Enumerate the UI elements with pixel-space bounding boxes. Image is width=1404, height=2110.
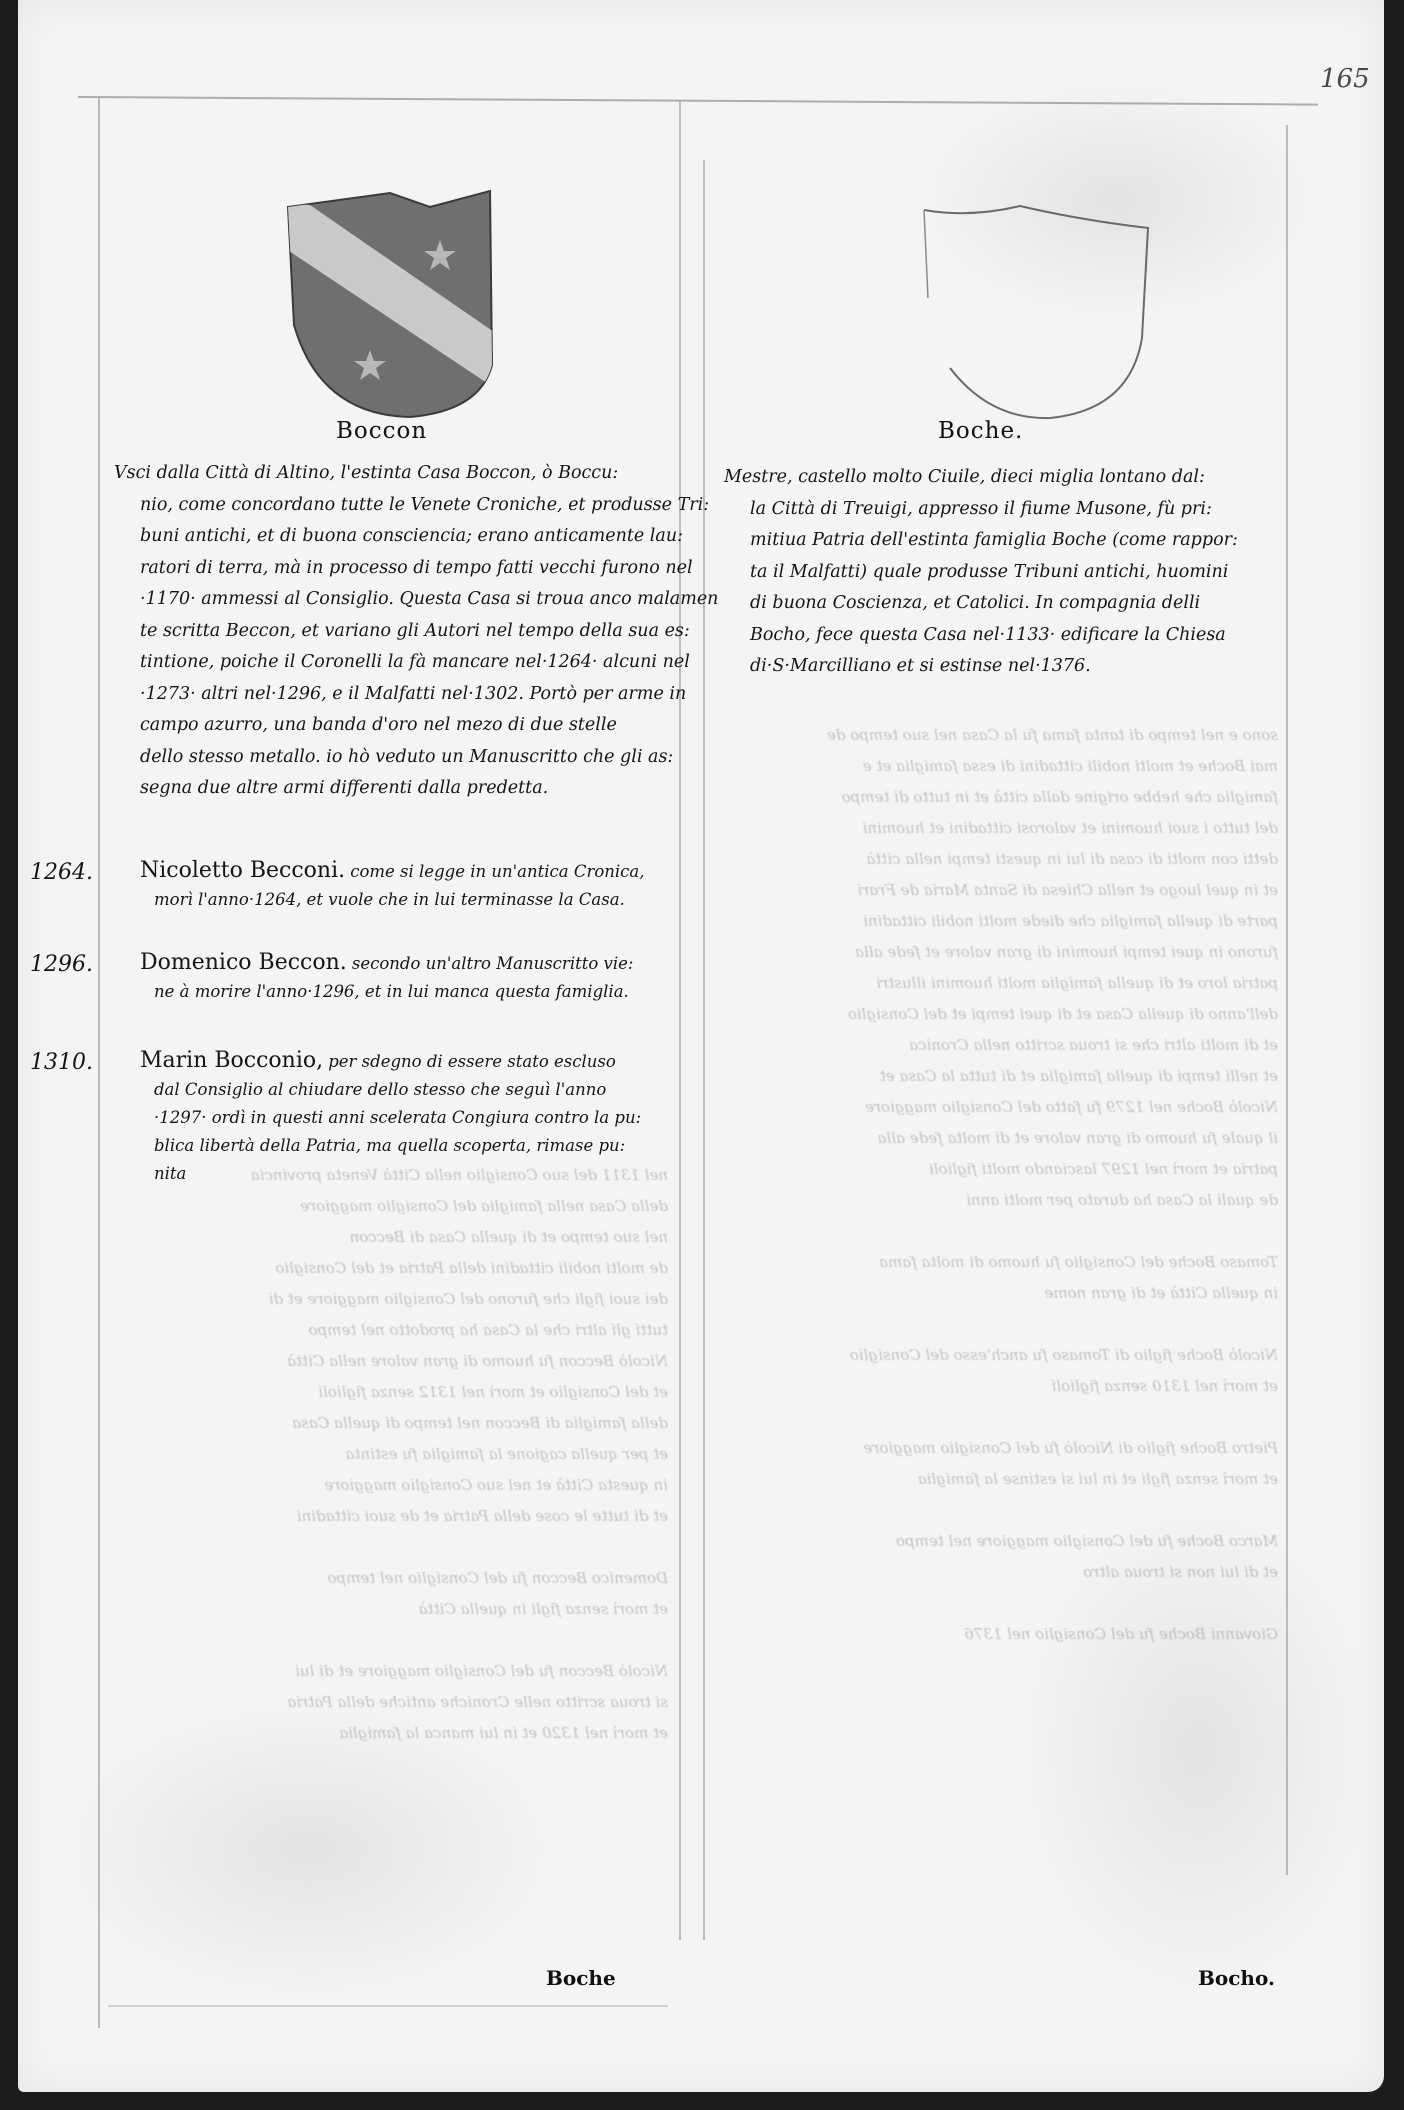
coat-of-arms-boccon bbox=[280, 185, 500, 429]
coat-of-arms-boche bbox=[910, 188, 1150, 432]
text-line: campo azurro, una banda d'oro nel mezo d… bbox=[114, 710, 674, 742]
entry-text: blica libertà della Patria, ma quella sc… bbox=[140, 1136, 625, 1155]
entry-text: ·1297· ordì in questi anni scelerata Con… bbox=[140, 1108, 641, 1127]
top-ruling-line bbox=[78, 96, 1318, 106]
column-divider-right bbox=[703, 160, 705, 1940]
entry-year: 1264. bbox=[30, 860, 93, 885]
description-boccon: Vsci dalla Città di Altino, l'estinta Ca… bbox=[114, 458, 674, 805]
family-name-boccon: Boccon bbox=[336, 418, 427, 444]
entry-text: ne à morire l'anno·1296, et in lui manca… bbox=[140, 982, 629, 1001]
text-line: buni antichi, et di buona consciencia; e… bbox=[114, 521, 674, 553]
text-line: nio, come concordano tutte le Venete Cro… bbox=[114, 490, 674, 522]
text-line: mitiua Patria dell'estinta famiglia Boch… bbox=[724, 525, 1284, 557]
entry-text: morì l'anno·1264, et vuole che in lui te… bbox=[140, 890, 625, 909]
right-margin-line bbox=[1286, 125, 1288, 1875]
entry-name: Marin Bocconio, bbox=[140, 1048, 323, 1073]
catchword-right: Bocho. bbox=[1198, 1966, 1275, 1990]
entry-text: per sdegno di essere stato escluso bbox=[328, 1052, 616, 1071]
description-boche: Mestre, castello molto Ciuile, dieci mig… bbox=[724, 462, 1284, 683]
text-line: te scritta Beccon, et variano gli Autori… bbox=[114, 616, 674, 648]
text-line: di·S·Marcilliano et si estinse nel·1376. bbox=[724, 651, 1284, 683]
entry-year: 1310. bbox=[30, 1050, 93, 1075]
text-line: Mestre, castello molto Ciuile, dieci mig… bbox=[724, 462, 1284, 494]
text-line: segna due altre armi differenti dalla pr… bbox=[114, 773, 674, 805]
text-line: di buona Coscienza, et Catolici. In comp… bbox=[724, 588, 1284, 620]
catchword-left: Boche bbox=[546, 1966, 616, 1990]
entry-year: 1296. bbox=[30, 952, 93, 977]
bottom-ruling-line bbox=[108, 2005, 668, 2007]
bleed-through-text-right: sono e nel tempo di tanta fama fu la Cas… bbox=[718, 720, 1278, 1840]
shield-icon bbox=[280, 185, 500, 425]
entry-text: dal Consiglio al chiudare dello stesso c… bbox=[140, 1080, 606, 1099]
folio-number: 165 bbox=[1320, 64, 1370, 94]
entry-name: Domenico Beccon. bbox=[140, 950, 347, 975]
text-line: Vsci dalla Città di Altino, l'estinta Ca… bbox=[114, 458, 674, 490]
text-line: Bocho, fece questa Casa nel·1133· edific… bbox=[724, 620, 1284, 652]
empty-shield-icon bbox=[910, 188, 1150, 428]
entry-name: Nicoletto Becconi. bbox=[140, 858, 345, 883]
entry-1264: 1264. Nicoletto Becconi. come si legge i… bbox=[30, 858, 690, 928]
entry-text: come si legge in un'antica Cronica, bbox=[350, 862, 644, 881]
text-line: ta il Malfatti) quale produsse Tribuni a… bbox=[724, 557, 1284, 589]
entry-1310: 1310. Marin Bocconio, per sdegno di esse… bbox=[30, 1048, 690, 1208]
family-name-boche: Boche. bbox=[938, 418, 1023, 444]
entry-text: nita bbox=[140, 1164, 186, 1183]
bleed-through-text-left: nel 1311 del suo Consiglio nella Città V… bbox=[113, 1160, 668, 1940]
entry-text: secondo un'altro Manuscritto vie: bbox=[352, 954, 634, 973]
column-divider-left bbox=[679, 100, 681, 1940]
manuscript-page: 165 sono e nel tempo di tanta fama fu la… bbox=[18, 0, 1384, 2092]
text-line: dello stesso metallo. io hò veduto un Ma… bbox=[114, 742, 674, 774]
text-line: ratori di terra, mà in processo di tempo… bbox=[114, 553, 674, 585]
entry-1296: 1296. Domenico Beccon. secondo un'altro … bbox=[30, 950, 690, 1020]
text-line: ·1170· ammessi al Consiglio. Questa Casa… bbox=[114, 584, 674, 616]
text-line: tintione, poiche il Coronelli la fà manc… bbox=[114, 647, 674, 679]
text-line: la Città di Treuigi, appresso il fiume M… bbox=[724, 494, 1284, 526]
text-line: ·1273· altri nel·1296, e il Malfatti nel… bbox=[114, 679, 674, 711]
